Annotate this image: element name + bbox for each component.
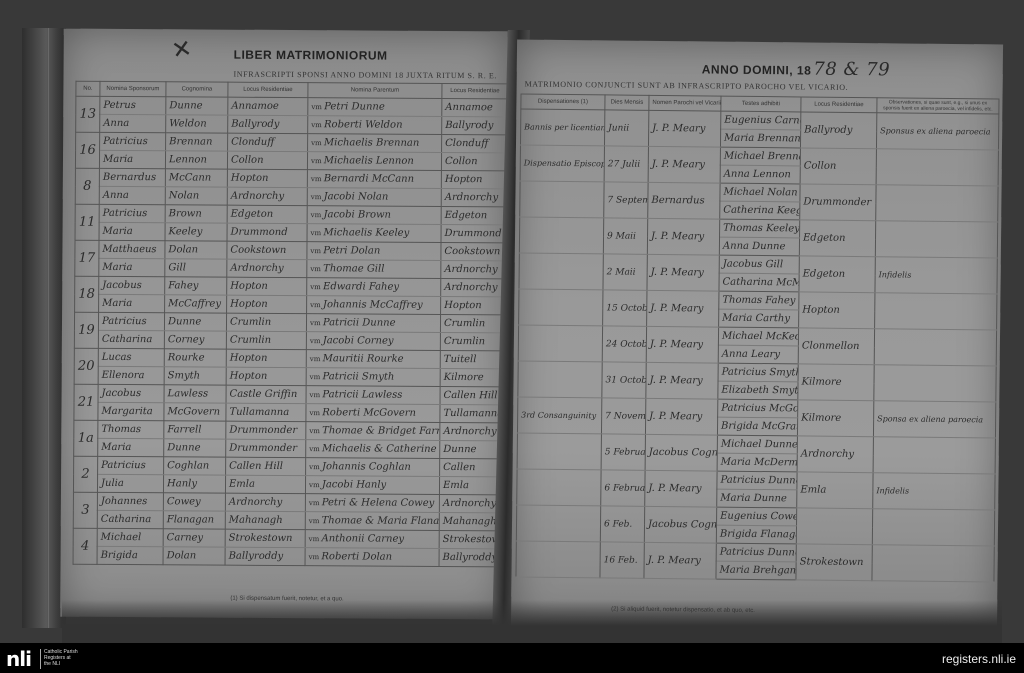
observations (874, 365, 996, 402)
logo-caption: Catholic Parish Registers at the NLI (44, 649, 78, 667)
bride-residence: Tullamanna (226, 403, 306, 421)
groom-parents-residence: Edgeton (441, 206, 507, 224)
marriage-date: 6 Feb. (600, 506, 644, 542)
groom-surname: Brown (165, 205, 227, 223)
witness-2: Maria Brehgan (716, 561, 796, 580)
witness-residence: Ardnorchy (797, 436, 873, 473)
witness-residence: Drummonder (800, 184, 876, 221)
witness-residence: Strokestown (796, 544, 872, 581)
marriage-date: 2 Maii (603, 254, 647, 290)
bride-name: Catharina (98, 330, 164, 348)
groom-surname: Coghlan (164, 457, 226, 475)
marriage-register-table-right: Dispensationes (1) Dies Mensis Nomen Par… (515, 94, 999, 583)
bride-surname: Keeley (165, 223, 227, 241)
witness-2: Catherina Keegan (720, 201, 800, 220)
groom-name: Patricius (98, 456, 164, 474)
witness-residence: Collon (800, 148, 876, 185)
groom-residence: Clonduff (228, 133, 308, 151)
bride-name: Maria (99, 222, 165, 240)
groom-surname: Fahey (165, 277, 227, 295)
groom-name: Johannes (97, 492, 163, 510)
bride-surname: Dolan (163, 547, 225, 565)
witness-residence: Hopton (799, 292, 875, 329)
entry-number: 11 (75, 204, 99, 240)
bride-residence: Ardnorchy (227, 259, 307, 277)
groom-parents-residence: Ardnorchy (440, 422, 506, 440)
groom-residence: Drummonder (226, 421, 306, 439)
dispensation (519, 253, 603, 290)
entry-number: 18 (75, 276, 99, 312)
bride-parents-residence: Hopton (441, 296, 507, 314)
col-header: Dispensationes (1) (521, 94, 605, 110)
left-page: ✕ LIBER MATRIMONIORUM Infrascripti spons… (60, 29, 508, 620)
groom-residence: Crumlin (226, 313, 306, 331)
observations (872, 545, 994, 582)
witness-1: Patricius Dunne (717, 471, 797, 490)
footer-bar: nli Catholic Parish Registers at the NLI… (0, 643, 1024, 673)
bride-surname: Flanagan (163, 511, 225, 529)
groom-parents: Petri Dolan (307, 242, 441, 261)
table-row: BrigidaDolanBallyroddyRoberti DolanBally… (73, 546, 505, 567)
witness-2: Anna Dunne (719, 237, 799, 256)
groom-name: Michael (97, 528, 163, 546)
handwritten-year: 78 & 79 (813, 59, 890, 81)
bride-parents-residence: Collon (441, 152, 507, 170)
groom-parents: Bernardi McCann (307, 170, 441, 189)
witness-2: Anna Lennon (720, 165, 800, 184)
groom-parents: Patricii Dunne (306, 314, 440, 333)
groom-parents-residence: Hopton (441, 170, 507, 188)
dispensation: 3rd Consanguinity (517, 397, 601, 434)
marriage-date: 16 Feb. (600, 542, 644, 578)
bride-name: Ellenora (98, 366, 164, 384)
bride-name: Maria (99, 294, 165, 312)
bride-surname: Weldon (166, 115, 228, 133)
entry-number: 13 (76, 96, 100, 132)
site-link[interactable]: registers.nli.ie (942, 652, 1016, 666)
witness-2: Maria Brennan (720, 129, 800, 148)
bride-residence: Ballyroddy (225, 547, 305, 565)
header-line: Matrimonio conjuncti sunt ab infrascript… (525, 80, 849, 92)
register-image-viewer[interactable]: ✕ LIBER MATRIMONIORUM Infrascripti spons… (0, 0, 1024, 643)
groom-residence: Cookstown (227, 241, 307, 259)
bride-parents: Roberti Weldon (308, 116, 442, 135)
priest-name: J. P. Meary (648, 110, 720, 147)
groom-surname: Cowey (163, 493, 225, 511)
priest-name: J. P. Meary (648, 146, 720, 183)
groom-parents-residence: Cookstown (441, 242, 507, 260)
groom-surname: Dunne (164, 313, 226, 331)
bride-residence: Crumlin (226, 331, 306, 349)
bride-residence: Mahanagh (225, 511, 305, 529)
witness-1: Patricius Smyth (718, 363, 798, 382)
groom-name: Patricius (100, 132, 166, 150)
bride-surname: McCaffrey (165, 295, 227, 313)
groom-name: Bernardus (99, 168, 165, 186)
bride-surname: Hanly (163, 475, 225, 493)
groom-residence: Hopton (227, 169, 307, 187)
groom-parents-residence: Tuitell (440, 350, 506, 368)
witness-residence: Kilmore (798, 364, 874, 401)
logo-divider (40, 649, 41, 669)
groom-parents: Patricii Lawless (306, 386, 440, 405)
priest-name: J. P. Meary (646, 362, 718, 399)
witness-2: Maria McDermott (717, 453, 797, 472)
witness-residence: Kilmore (797, 400, 873, 437)
bride-parents-residence: Crumlin (440, 332, 506, 350)
groom-residence: Castle Griffin (226, 385, 306, 403)
dispensation: Bannis per licentiam Episcopi (520, 109, 604, 146)
groom-name: Patricius (99, 204, 165, 222)
groom-parents: Petri Dunne (308, 98, 442, 117)
marriage-date: 7 Novembris (601, 398, 645, 434)
entry-number: 2 (73, 456, 97, 492)
entry-number: 16 (75, 132, 99, 168)
witness-2: Maria Dunne (717, 489, 797, 508)
witness-1: Eugenius Cowey (717, 507, 797, 526)
groom-surname: McCann (165, 169, 227, 187)
groom-residence: Hopton (226, 349, 306, 367)
observations: Sponsus ex aliena paroecia (876, 113, 998, 150)
witness-1: Michael Brennan (720, 147, 800, 166)
bride-parents: Thomae & Maria Flanagan (305, 512, 439, 531)
bride-residence: Hopton (227, 295, 307, 313)
witness-1: Michael Nolan (720, 183, 800, 202)
dispensation (516, 505, 600, 542)
priest-name: J. P. Meary (644, 542, 716, 579)
bride-surname: Gill (165, 259, 227, 277)
bride-name: Maria (99, 150, 165, 168)
page-shadow (62, 600, 1002, 643)
marriage-date: 9 Maii (603, 218, 647, 254)
marriage-date: 6 Februarii (601, 470, 645, 506)
col-header: Cognomina (166, 82, 228, 97)
groom-name: Thomas (98, 420, 164, 438)
col-header: Observationes, si quae sunt, e.g., si un… (877, 98, 999, 114)
groom-surname: Brennan (166, 133, 228, 151)
dispensation (517, 433, 601, 470)
col-header: Nomina Parentum (308, 83, 442, 99)
groom-name: Petrus (100, 96, 166, 114)
entry-number: 20 (74, 348, 98, 384)
groom-surname: Carney (163, 529, 225, 547)
witness-2: Brigida McGrath (717, 417, 797, 436)
priest-name: J. P. Meary (645, 398, 717, 435)
observations: Infidelis (873, 473, 995, 510)
groom-name: Matthaeus (99, 240, 165, 258)
entry-number: 17 (75, 240, 99, 276)
groom-surname: Dolan (165, 241, 227, 259)
dispensation (520, 181, 604, 218)
entry-number: 3 (73, 492, 97, 528)
groom-parents: Mauritii Rourke (306, 350, 440, 369)
bride-residence: Collon (227, 151, 307, 169)
page-title: ANNO DOMINI, 1878 & 79 (702, 57, 891, 80)
witness-2: Catharina McMahon (719, 273, 799, 292)
col-header: No. (76, 81, 100, 96)
groom-name: Patricius (98, 312, 164, 330)
observations (875, 293, 997, 330)
groom-parents: Thomae & Bridget Farrell (306, 422, 440, 441)
groom-parents: Anthonii Carney (305, 530, 439, 549)
dispensation (519, 289, 603, 326)
groom-parents-residence: Ardnorchy (441, 278, 507, 296)
cross-mark-icon: ✕ (169, 34, 194, 65)
bride-parents-residence: Kilmore (440, 368, 506, 386)
bride-parents: Michaelis & Catherine Dunne (306, 440, 440, 459)
bride-residence: Drummonder (226, 439, 306, 457)
observations (876, 149, 998, 186)
dispensation: Dispensatio Episcopi (520, 145, 604, 182)
observations (873, 437, 995, 474)
bride-parents-residence: Ardnorchy (441, 260, 507, 278)
witness-1: Patricius Dunne (716, 543, 796, 562)
priest-name: J. P. Meary (645, 470, 717, 507)
observations (876, 185, 998, 222)
witness-2: Anna Leary (718, 345, 798, 364)
groom-residence: Edgeton (227, 205, 307, 223)
bride-surname: Smyth (164, 367, 226, 385)
bride-name: Margarita (98, 402, 164, 420)
groom-parents: Petri & Helena Cowey (305, 494, 439, 513)
groom-residence: Annamoe (228, 97, 308, 115)
col-header: Testes adhibiti (721, 96, 801, 112)
bride-name: Brigida (97, 546, 163, 564)
groom-parents: Edwardi Fahey (307, 278, 441, 297)
marriage-date: 15 Octobris (603, 290, 647, 326)
col-header: Dies Mensis (605, 95, 649, 110)
bride-parents: Thomae Gill (307, 260, 441, 279)
groom-residence: Strokestown (225, 529, 305, 547)
bride-residence: Ballyrody (228, 115, 308, 133)
bride-surname: Nolan (165, 187, 227, 205)
entry-number: 1a (74, 420, 98, 456)
witness-2: Elizabeth Smyth (718, 381, 798, 400)
bride-residence: Hopton (226, 367, 306, 385)
bride-parents: Jacobi Corney (306, 332, 440, 351)
groom-name: Lucas (98, 348, 164, 366)
header-line: Infrascripti sponsi anno Domini 18 juxta… (233, 70, 497, 81)
priest-name: J. P. Meary (646, 326, 718, 363)
dispensation (518, 325, 602, 362)
entry-number: 19 (74, 312, 98, 348)
bride-surname: Corney (164, 331, 226, 349)
bride-residence: Emla (225, 475, 305, 493)
priest-name: J. P. Meary (647, 218, 719, 255)
marriage-date: 5 Februarii (601, 434, 645, 470)
priest-name: J. P. Meary (647, 290, 719, 327)
dispensation (517, 469, 601, 506)
marriage-date: 27 Julii (604, 146, 648, 182)
bride-surname: McGovern (164, 403, 226, 421)
marriage-date: 31 Octobris (602, 362, 646, 398)
page-title: LIBER MATRIMONIORUM (234, 48, 388, 63)
groom-parents: Michaelis Brennan (308, 134, 442, 153)
witness-1: Thomas Fahey (719, 291, 799, 310)
col-header: Nomen Parochi vel Vicarii (2) (649, 95, 721, 111)
witness-residence: Edgeton (799, 220, 875, 257)
groom-parents: Johannis Coghlan (306, 458, 440, 477)
col-header: Nomina Sponsorum (100, 81, 166, 96)
groom-residence: Callen Hill (226, 457, 306, 475)
col-header: Locus Residentiae (801, 97, 877, 113)
groom-surname: Rourke (164, 349, 226, 367)
bride-parents: Roberti McGovern (306, 404, 440, 423)
groom-parents-residence: Callen Hill (440, 386, 506, 404)
anno-domini-label: ANNO DOMINI, 18 (702, 62, 812, 77)
bride-name: Anna (99, 186, 165, 204)
witness-residence (796, 508, 872, 545)
bride-parents-residence: Drummond (441, 224, 507, 242)
bride-residence: Ardnorchy (227, 187, 307, 205)
bride-surname: Dunne (164, 439, 226, 457)
bride-residence: Drummond (227, 223, 307, 241)
witness-residence: Edgeton (799, 256, 875, 293)
bride-parents-residence: Ballyrody (442, 116, 508, 134)
bride-surname: Lennon (165, 151, 227, 169)
groom-surname: Farrell (164, 421, 226, 439)
bride-parents: Roberti Dolan (305, 548, 439, 567)
bride-parents: Michaelis Lennon (307, 152, 441, 171)
marriage-date: Junii (604, 110, 648, 146)
dispensation (518, 361, 602, 398)
bride-name: Maria (98, 438, 164, 456)
bride-parents: Michaelis Keeley (307, 224, 441, 243)
witness-residence: Clonmellon (798, 328, 874, 365)
witness-2: Brigida Flanagan (716, 525, 796, 544)
col-header: Locus Residentiae (228, 82, 308, 97)
witness-residence: Emla (797, 472, 873, 509)
priest-name: Bernardus (648, 182, 720, 219)
witness-1: Thomas Keeley (720, 219, 800, 238)
witness-1: Eugenius Carney (721, 111, 801, 130)
witness-1: Michael McKeogh (718, 327, 798, 346)
witness-1: Jacobus Gill (719, 255, 799, 274)
groom-residence: Ardnorchy (225, 493, 305, 511)
logo-caption-line: the NLI (44, 661, 78, 667)
groom-surname: Dunne (166, 97, 228, 115)
observations: Infidelis (875, 257, 997, 294)
bride-parents-residence: Ardnorchy (441, 188, 507, 206)
groom-parents-residence: Clonduff (442, 134, 508, 152)
marriage-date: 24 Octobris (602, 326, 646, 362)
marriage-date: 7 Septembris (604, 182, 648, 218)
groom-name: Jacobus (99, 276, 165, 294)
bride-name: Catharina (97, 510, 163, 528)
dispensation (519, 217, 603, 254)
bride-name: Anna (100, 114, 166, 132)
observations: Sponsa ex aliena paroecia (873, 401, 995, 438)
groom-name: Jacobus (98, 384, 164, 402)
bride-parents: Johannis McCaffrey (307, 296, 441, 315)
col-header: Locus Residentiae (442, 83, 508, 98)
bride-name: Maria (99, 258, 165, 276)
priest-name: Jacobus Cogne (645, 434, 717, 471)
book-edge (22, 28, 66, 628)
groom-parents-residence: Annamoe (442, 98, 508, 116)
marriage-register-table-left: No. Nomina Sponsorum Cognomina Locus Res… (73, 81, 509, 568)
bride-parents-residence: Tullamanna (440, 404, 506, 422)
observations (874, 329, 996, 366)
witness-1: Patricius McGovern (718, 399, 798, 418)
priest-name: J. P. Meary (647, 254, 719, 291)
groom-residence: Hopton (227, 277, 307, 295)
witness-residence: Ballyrody (800, 112, 876, 149)
groom-surname: Lawless (164, 385, 226, 403)
right-page: ANNO DOMINI, 1878 & 79 Matrimonio conjun… (511, 39, 1003, 632)
entry-number: 21 (74, 384, 98, 420)
bride-parents: Jacobi Nolan (307, 188, 441, 207)
witness-1: Michael Dunne (717, 435, 797, 454)
bride-parents: Patricii Smyth (306, 368, 440, 387)
observations (875, 221, 997, 258)
entry-number: 8 (75, 168, 99, 204)
bride-parents: Jacobi Hanly (305, 476, 439, 495)
entry-number: 4 (73, 528, 97, 564)
bride-name: Julia (97, 474, 163, 492)
witness-2: Maria Carthy (719, 309, 799, 328)
groom-parents-residence: Crumlin (440, 314, 506, 332)
dispensation (516, 541, 600, 578)
nli-logo[interactable]: nli (6, 649, 31, 669)
groom-parents: Jacobi Brown (307, 206, 441, 225)
priest-name: Jacobus Cogne (644, 506, 716, 543)
observations (872, 509, 994, 546)
